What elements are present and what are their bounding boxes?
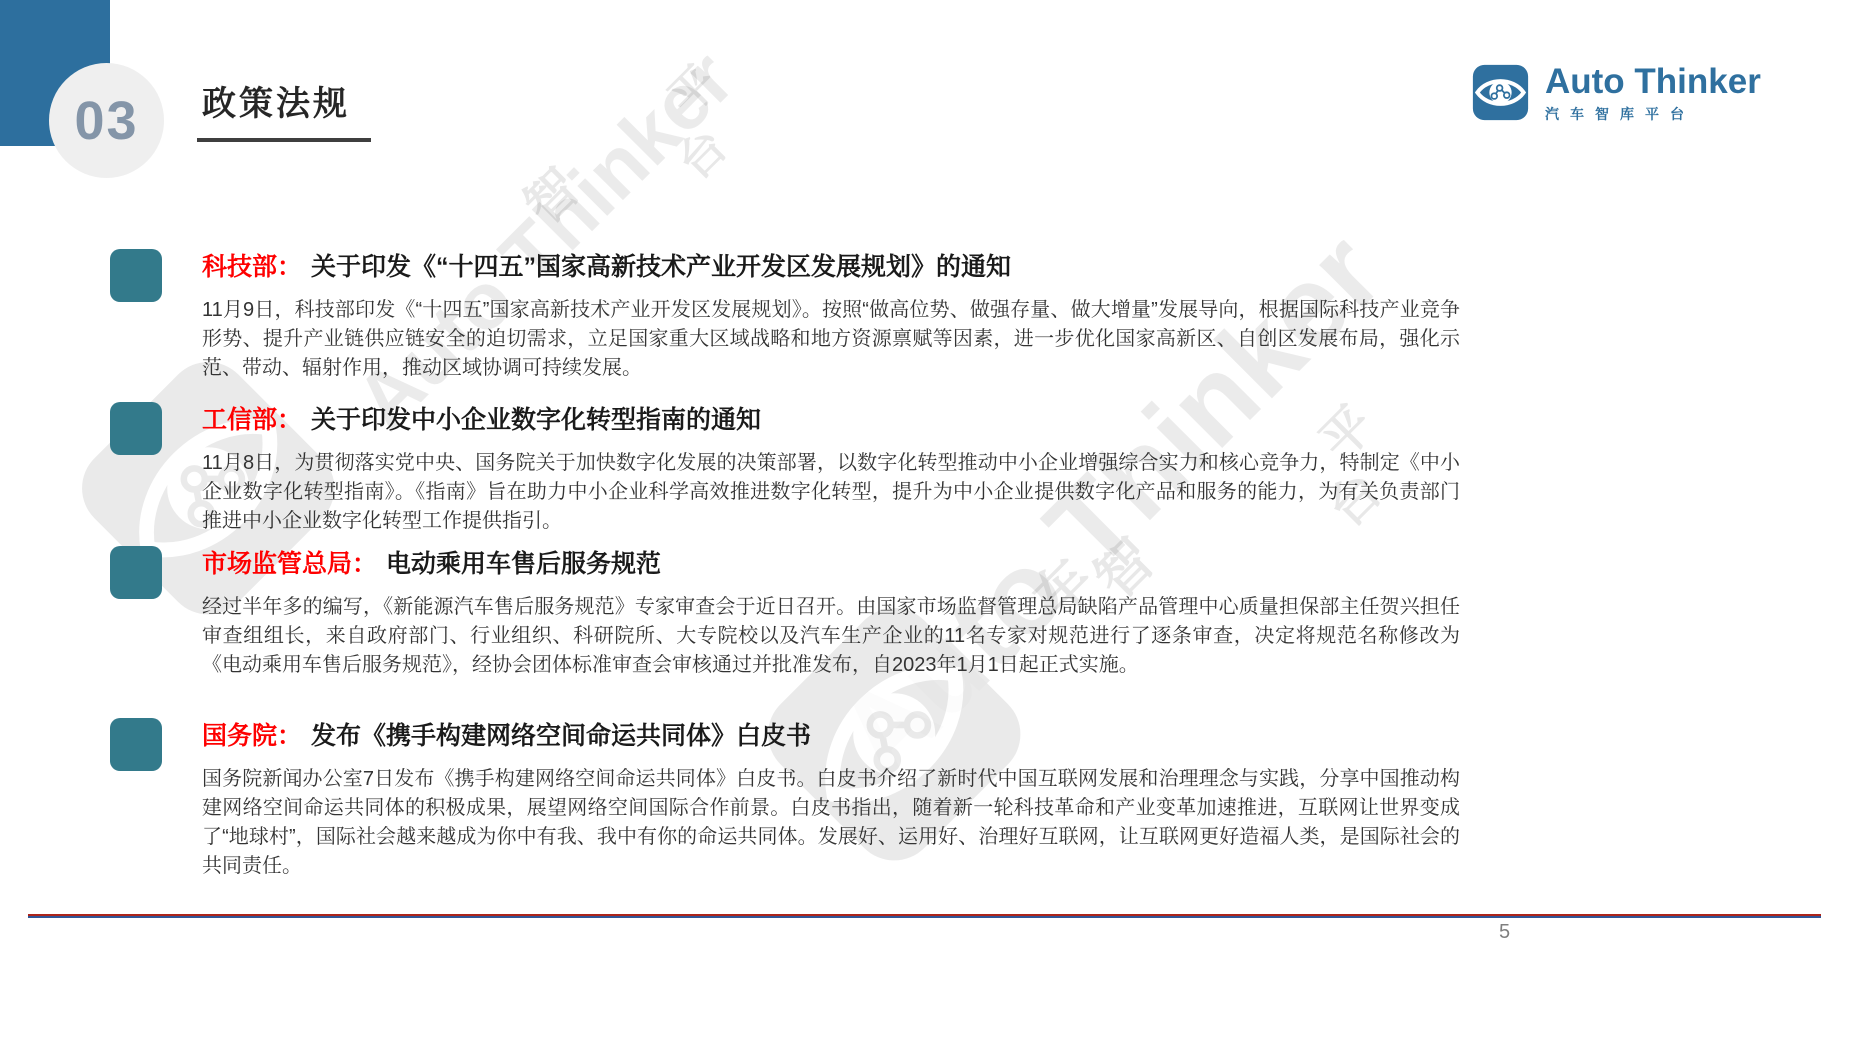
section-source-label: 科技部： — [202, 253, 302, 281]
slide: Auto Thinker Auto Thinker 智 平 台 车 智 平 台 — [0, 0, 1849, 1040]
section-bullet-icon — [110, 402, 162, 455]
footer-divider — [28, 914, 1821, 918]
section-number-badge: 03 — [49, 63, 164, 178]
section-body: 经过半年多的编写，《新能源汽车售后服务规范》专家审查会于近日召开。由国家市场监督… — [202, 593, 1460, 680]
policy-section-state-council: 国务院：发布《携手构建网络空间命运共同体》白皮书 国务院新闻办公室7日发布《携手… — [110, 718, 1670, 881]
section-heading: 工信部：关于印发中小企业数字化转型指南的通知 — [202, 405, 1460, 435]
section-source-label: 市场监管总局： — [202, 550, 377, 578]
brand-name: Auto Thinker — [1545, 64, 1761, 100]
section-bullet-icon — [110, 546, 162, 599]
section-source-label: 工信部： — [202, 406, 302, 434]
watermark-char: 智 — [504, 148, 594, 238]
page-title: 政策法规 — [202, 76, 350, 125]
section-number: 03 — [74, 90, 138, 152]
brand-logo: Auto Thinker 汽车智库平台 — [1472, 64, 1761, 126]
watermark-brand-text: Auto Thinker — [338, 33, 752, 447]
policy-section-samr: 市场监管总局：电动乘用车售后服务规范 经过半年多的编写，《新能源汽车售后服务规范… — [110, 546, 1670, 680]
brand-logo-text: Auto Thinker 汽车智库平台 — [1545, 64, 1761, 124]
section-heading: 国务院：发布《携手构建网络空间命运共同体》白皮书 — [202, 721, 1460, 751]
page-number: 5 — [1499, 921, 1510, 944]
brand-logo-icon — [1472, 64, 1529, 126]
footer-divider-blue — [28, 916, 1821, 918]
watermark-char: 平 — [651, 48, 730, 127]
section-heading: 科技部：关于印发《“十四五”国家高新技术产业开发区发展规划》的通知 — [202, 252, 1460, 282]
watermark-char: 台 — [660, 112, 739, 191]
section-heading: 市场监管总局：电动乘用车售后服务规范 — [202, 549, 1460, 579]
section-title: 电动乘用车售后服务规范 — [386, 550, 661, 578]
section-source-label: 国务院： — [202, 722, 302, 750]
policy-section-miit: 工信部：关于印发中小企业数字化转型指南的通知 11月8日，为贯彻落实党中央、国务… — [110, 402, 1670, 536]
title-underline — [197, 138, 371, 142]
section-body: 11月9日，科技部印发《“十四五”国家高新技术产业开发区发展规划》。按照“做高位… — [202, 296, 1460, 383]
section-bullet-icon — [110, 718, 162, 771]
section-title: 关于印发《“十四五”国家高新技术产业开发区发展规划》的通知 — [311, 253, 1011, 281]
section-bullet-icon — [110, 249, 162, 302]
section-body: 国务院新闻办公室7日发布《携手构建网络空间命运共同体》白皮书。白皮书介绍了新时代… — [202, 765, 1460, 881]
policy-section-most: 科技部：关于印发《“十四五”国家高新技术产业开发区发展规划》的通知 11月9日，… — [110, 249, 1670, 383]
section-body: 11月8日，为贯彻落实党中央、国务院关于加快数字化发展的决策部署，以数字化转型推… — [202, 449, 1460, 536]
brand-name-cn: 汽车智库平台 — [1545, 104, 1761, 124]
section-title: 发布《携手构建网络空间命运共同体》白皮书 — [311, 722, 811, 750]
section-title: 关于印发中小企业数字化转型指南的通知 — [311, 406, 761, 434]
